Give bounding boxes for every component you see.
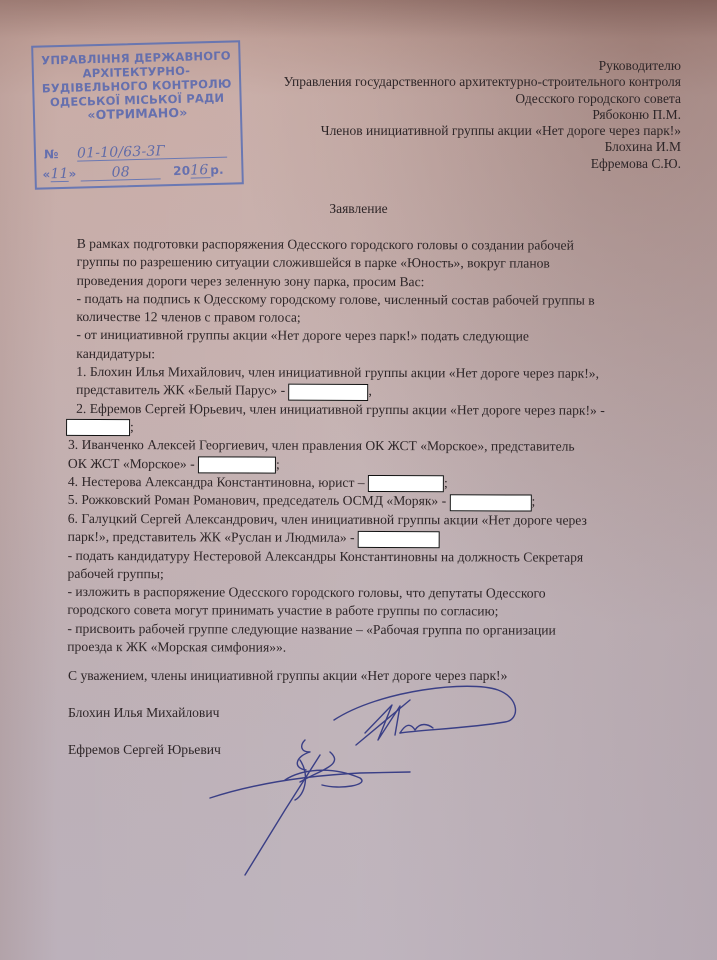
addressee-line: Ефремова С.Ю. [211, 156, 681, 172]
candidate-tail: ; [130, 419, 134, 434]
stamp-number-label: № [44, 147, 59, 161]
request-line: рабочей группы; [68, 565, 686, 585]
redacted-phone [289, 383, 369, 400]
intro-line: проведения дороги через зеленную зону па… [77, 272, 687, 292]
request-line: городского совета могут принимать участи… [67, 601, 685, 621]
document-title: Заявление [0, 201, 717, 217]
candidate-line: 2. Ефремов Сергей Юрьевич, член инициати… [76, 400, 686, 420]
candidate-text: парк!», представитель ЖК «Руслан и Людми… [68, 529, 355, 545]
candidate-line: представитель ЖК «Белый Парус» - , [76, 381, 686, 402]
stamp-date-year-prefix: 20 [173, 164, 190, 178]
stamp-date-year-suffix: 16 [190, 163, 210, 179]
redacted-phone [450, 494, 532, 511]
request-line: - присвоить рабочей группе следующие наз… [67, 620, 685, 640]
intro-line: группы по разрешению ситуации сложившейс… [77, 253, 687, 273]
candidate-line: 1. Блохин Илья Михайлович, член инициати… [76, 363, 686, 383]
request-line: - подать кандидатуру Нестеровой Александ… [68, 546, 686, 566]
candidate-line: 6. Галуцкий Сергей Александрович, член и… [68, 510, 686, 530]
addressee-line: Блохина И.М [211, 139, 681, 155]
candidate-tail: ; [532, 494, 536, 509]
addressee-line: Членов инициативной группы акции «Нет до… [211, 123, 681, 139]
redacted-phone [368, 475, 444, 492]
signer-name: Блохин Илья Михайлович [68, 705, 219, 721]
signer-name: Ефремов Сергей Юрьевич [68, 742, 221, 758]
stamp-number-row: № 01-10/63-3Г [44, 142, 234, 162]
stamp-date-month: 08 [81, 164, 161, 181]
candidate-tail: ; [276, 456, 280, 471]
candidate-line: 3. Иванченко Алексей Георгиевич, член пр… [68, 436, 686, 456]
candidate-text: ОК ЖСТ «Морское» - [68, 456, 195, 471]
candidate-line: ; [66, 418, 686, 439]
candidate-line: парк!», представитель ЖК «Руслан и Людми… [68, 528, 686, 549]
candidate-tail: ; [444, 475, 448, 490]
stamp-date-day: 11 [50, 167, 68, 182]
request-line: кандидатуры: [76, 345, 686, 365]
request-line: - изложить в распоряжение Одесского горо… [67, 583, 685, 603]
addressee-line: Управления государственного архитектурно… [211, 74, 681, 90]
redacted-phone [66, 419, 130, 436]
addressee-line: Рябоконю П.М. [211, 107, 681, 123]
candidate-line: 4. Нестерова Александра Константиновна, … [68, 473, 686, 494]
closing-line: С уважением, члены инициативной группы а… [68, 668, 507, 684]
request-line: - подать на подпись к Одесскому городско… [76, 290, 686, 310]
request-line: количестве 12 членов с правом голоса; [76, 308, 686, 328]
candidate-text: 5. Рожковский Роман Романович, председат… [68, 492, 446, 508]
candidate-text: представитель ЖК «Белый Парус» - [76, 382, 285, 398]
stamp-number-value: 01-10/63-3Г [77, 143, 227, 162]
intro-line: В рамках подготовки распоряжения Одесско… [77, 235, 687, 255]
candidate-text: 4. Нестерова Александра Константиновна, … [68, 474, 365, 490]
request-line: проезда к ЖК «Морская симфония»». [67, 638, 685, 658]
stamp-date-close-quote: » [68, 167, 76, 181]
document-body: В рамках подготовки распоряжения Одесско… [75, 235, 686, 658]
addressee-line: Одесского городского совета [211, 91, 681, 107]
candidate-line: 5. Рожковский Роман Романович, председат… [68, 491, 686, 512]
candidate-line: ОК ЖСТ «Морское» - ; [68, 455, 686, 476]
redacted-phone [358, 530, 440, 547]
candidate-tail: , [369, 383, 372, 398]
request-line: - от инициативной группы акции «Нет доро… [76, 326, 686, 346]
redacted-phone [198, 456, 276, 473]
addressee-block: Руководителю Управления государственного… [211, 58, 681, 172]
addressee-line: Руководителю [211, 58, 681, 74]
stamp-date-row: «11» 08 2016р. [42, 162, 237, 182]
